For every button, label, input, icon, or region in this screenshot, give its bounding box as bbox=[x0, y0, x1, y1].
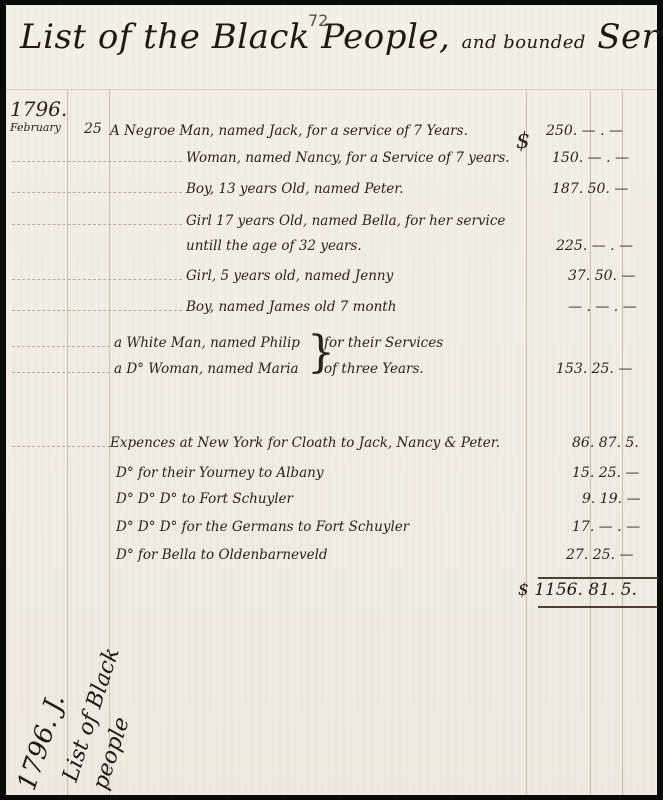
expense-description: D° for their Yourney to Albany bbox=[116, 465, 323, 481]
entry-amount: — . — . — bbox=[568, 299, 663, 315]
entry-amount: 250. — . — bbox=[546, 123, 656, 139]
leader-dots bbox=[12, 278, 182, 280]
title-part-small: and bounded bbox=[462, 32, 586, 53]
ledger-row: Girl 17 years Old, named Bella, for her … bbox=[6, 213, 657, 237]
leader-dots bbox=[12, 445, 110, 447]
leader-dots bbox=[12, 345, 110, 347]
expense-description: D° D° D° for the Germans to Fort Schuyle… bbox=[116, 519, 409, 535]
entry-amount: 37. 50. — bbox=[568, 268, 663, 284]
leader-dots bbox=[12, 223, 182, 225]
leader-dots bbox=[12, 160, 182, 162]
leader-dots bbox=[12, 191, 182, 193]
entry-amount: 153. 25. — bbox=[556, 361, 663, 377]
entry-description: a D° Woman, named Maria bbox=[114, 361, 299, 377]
ledger-row: Boy, named James old 7 month — . — . — bbox=[6, 299, 657, 323]
document-title: List of the Black People, and bounded Se… bbox=[20, 17, 660, 57]
expense-row: Expences at New York for Cloath to Jack,… bbox=[6, 435, 657, 459]
entry-description: Boy, 13 years Old, named Peter. bbox=[186, 181, 404, 197]
entry-description: a White Man, named Philip bbox=[114, 335, 300, 351]
services-note: for their Services bbox=[324, 335, 443, 351]
expense-amount: 27. 25. — bbox=[566, 547, 663, 563]
grand-total: $ 1156. 81. 5. bbox=[518, 580, 637, 600]
ledger-row: Boy, 13 years Old, named Peter. 187. 50.… bbox=[6, 181, 657, 205]
expense-description: Expences at New York for Cloath to Jack,… bbox=[110, 435, 500, 451]
ledger-row: Girl, 5 years old, named Jenny 37. 50. — bbox=[6, 268, 657, 292]
expense-amount: 86. 87. 5. bbox=[572, 435, 663, 451]
entry-description: Girl, 5 years old, named Jenny bbox=[186, 268, 393, 284]
entry-description: Girl 17 years Old, named Bella, for her … bbox=[186, 213, 505, 229]
entry-description: Boy, named James old 7 month bbox=[186, 299, 396, 315]
entry-amount: 150. — . — bbox=[552, 150, 662, 166]
manuscript-page: 72 List of the Black People, and bounded… bbox=[6, 5, 657, 795]
expense-amount: 15. 25. — bbox=[572, 465, 663, 481]
entry-description: Woman, named Nancy, for a Service of 7 y… bbox=[186, 150, 510, 166]
expense-description: D° for Bella to Oldenbarneveld bbox=[116, 547, 328, 563]
title-part-1: List of the Black People, bbox=[20, 17, 450, 57]
expense-amount: 17. — . — bbox=[572, 519, 663, 535]
services-note: of three Years. bbox=[324, 361, 424, 377]
ledger-row: untill the age of 32 years. 225. — . — bbox=[6, 238, 657, 262]
total-rule-top bbox=[538, 577, 658, 579]
total-rule-bottom bbox=[538, 606, 658, 608]
entry-description: A Negroe Man, named Jack, for a service … bbox=[110, 123, 468, 139]
grouping-brace: } bbox=[307, 333, 335, 373]
header-rule bbox=[6, 89, 657, 90]
entry-description: untill the age of 32 years. bbox=[186, 238, 362, 254]
expense-description: D° D° D° to Fort Schuyler bbox=[116, 491, 293, 507]
expense-row: D° D° D° for the Germans to Fort Schuyle… bbox=[6, 519, 657, 543]
expense-row: D° for their Yourney to Albany 15. 25. — bbox=[6, 465, 657, 489]
leader-dots bbox=[12, 309, 182, 311]
entry-amount: 187. 50. — bbox=[552, 181, 662, 197]
entry-year: 1796. bbox=[10, 97, 67, 121]
expense-amount: 9. 19. — bbox=[582, 491, 663, 507]
expense-row: D° D° D° to Fort Schuyler 9. 19. — bbox=[6, 491, 657, 515]
leader-dots bbox=[12, 371, 110, 373]
entry-amount: 225. — . — bbox=[556, 238, 663, 254]
ledger-row: A Negroe Man, named Jack, for a service … bbox=[6, 123, 657, 147]
ledger-row: Woman, named Nancy, for a Service of 7 y… bbox=[6, 150, 657, 174]
title-part-2: Servants. bbox=[597, 17, 663, 57]
expense-row: D° for Bella to Oldenbarneveld 27. 25. — bbox=[6, 547, 657, 571]
